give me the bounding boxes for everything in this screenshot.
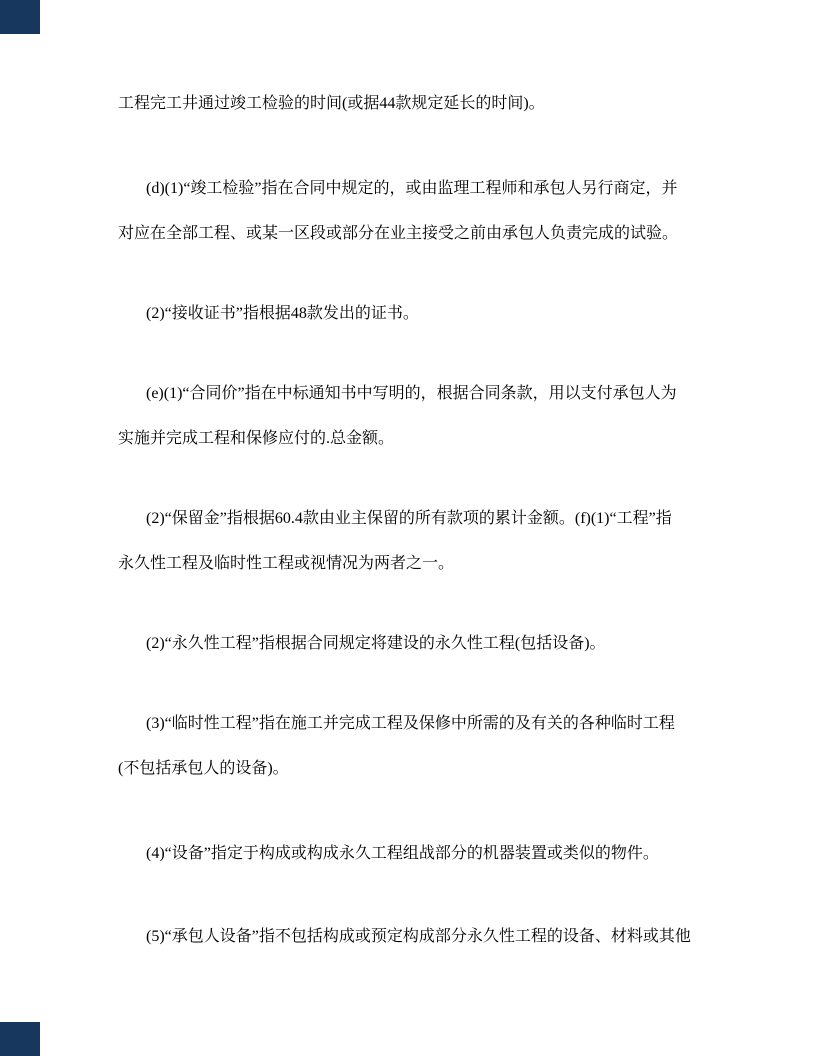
text-line: (d)(1)“竣工检验”指在合同中规定的，或由监理工程师和承包人另行商定，并 (118, 166, 710, 211)
paragraph: 工程完工井通过竣工检验的时间(或据44款规定延长的时间)。 (118, 81, 710, 126)
paragraph: (2)“保留金”指根据60.4款由业主保留的所有款项的累计金额。(f)(1)“工… (118, 496, 710, 586)
text-line: 永久性工程及临时性工程或视情况为两者之一。 (118, 541, 710, 586)
paragraph: (2)“接收证书”指根据48款发出的证书。 (118, 291, 710, 336)
text-line: 实施并完成工程和保修应付的.总金额。 (118, 416, 710, 461)
paragraph: (3)“临时性工程”指在施工并完成工程及保修中所需的及有关的各种临时工程 (不包… (118, 701, 710, 791)
text-line: (3)“临时性工程”指在施工并完成工程及保修中所需的及有关的各种临时工程 (118, 701, 710, 746)
text-line: (4)“设备”指定于构成或构成永久工程组战部分的机器装置或类似的物件。 (118, 831, 710, 876)
text-line: 对应在全部工程、或某一区段或部分在业主接受之前由承包人负责完成的试验。 (118, 211, 710, 256)
text-line: (e)(1)“合同价”指在中标通知书中写明的，根据合同条款，用以支付承包人为 (118, 371, 710, 416)
text-line: (不包括承包人的设备)。 (118, 746, 710, 791)
paragraph: (5)“承包人设备”指不包括构成或预定构成部分永久性工程的设备、材料或其他 (118, 914, 710, 959)
text-line: (2)“保留金”指根据60.4款由业主保留的所有款项的累计金额。(f)(1)“工… (118, 496, 710, 541)
paragraph: (d)(1)“竣工检验”指在合同中规定的，或由监理工程师和承包人另行商定，并 对… (118, 166, 710, 256)
document-page: 工程完工井通过竣工检验的时间(或据44款规定延长的时间)。 (d)(1)“竣工检… (0, 0, 816, 1056)
paragraph: (e)(1)“合同价”指在中标通知书中写明的，根据合同条款，用以支付承包人为 实… (118, 371, 710, 461)
document-body: 工程完工井通过竣工检验的时间(或据44款规定延长的时间)。 (d)(1)“竣工检… (118, 81, 710, 994)
paragraph: (4)“设备”指定于构成或构成永久工程组战部分的机器装置或类似的物件。 (118, 831, 710, 876)
text-line: (2)“永久性工程”指根据合同规定将建设的永久性工程(包括设备)。 (118, 621, 710, 666)
paragraph: (2)“永久性工程”指根据合同规定将建设的永久性工程(包括设备)。 (118, 621, 710, 666)
text-line: 工程完工井通过竣工检验的时间(或据44款规定延长的时间)。 (118, 81, 710, 126)
page-corner-marker-bottom-left (0, 1022, 40, 1056)
text-line: (5)“承包人设备”指不包括构成或预定构成部分永久性工程的设备、材料或其他 (118, 914, 710, 959)
text-line: (2)“接收证书”指根据48款发出的证书。 (118, 291, 710, 336)
page-corner-marker-top-left (0, 0, 40, 34)
